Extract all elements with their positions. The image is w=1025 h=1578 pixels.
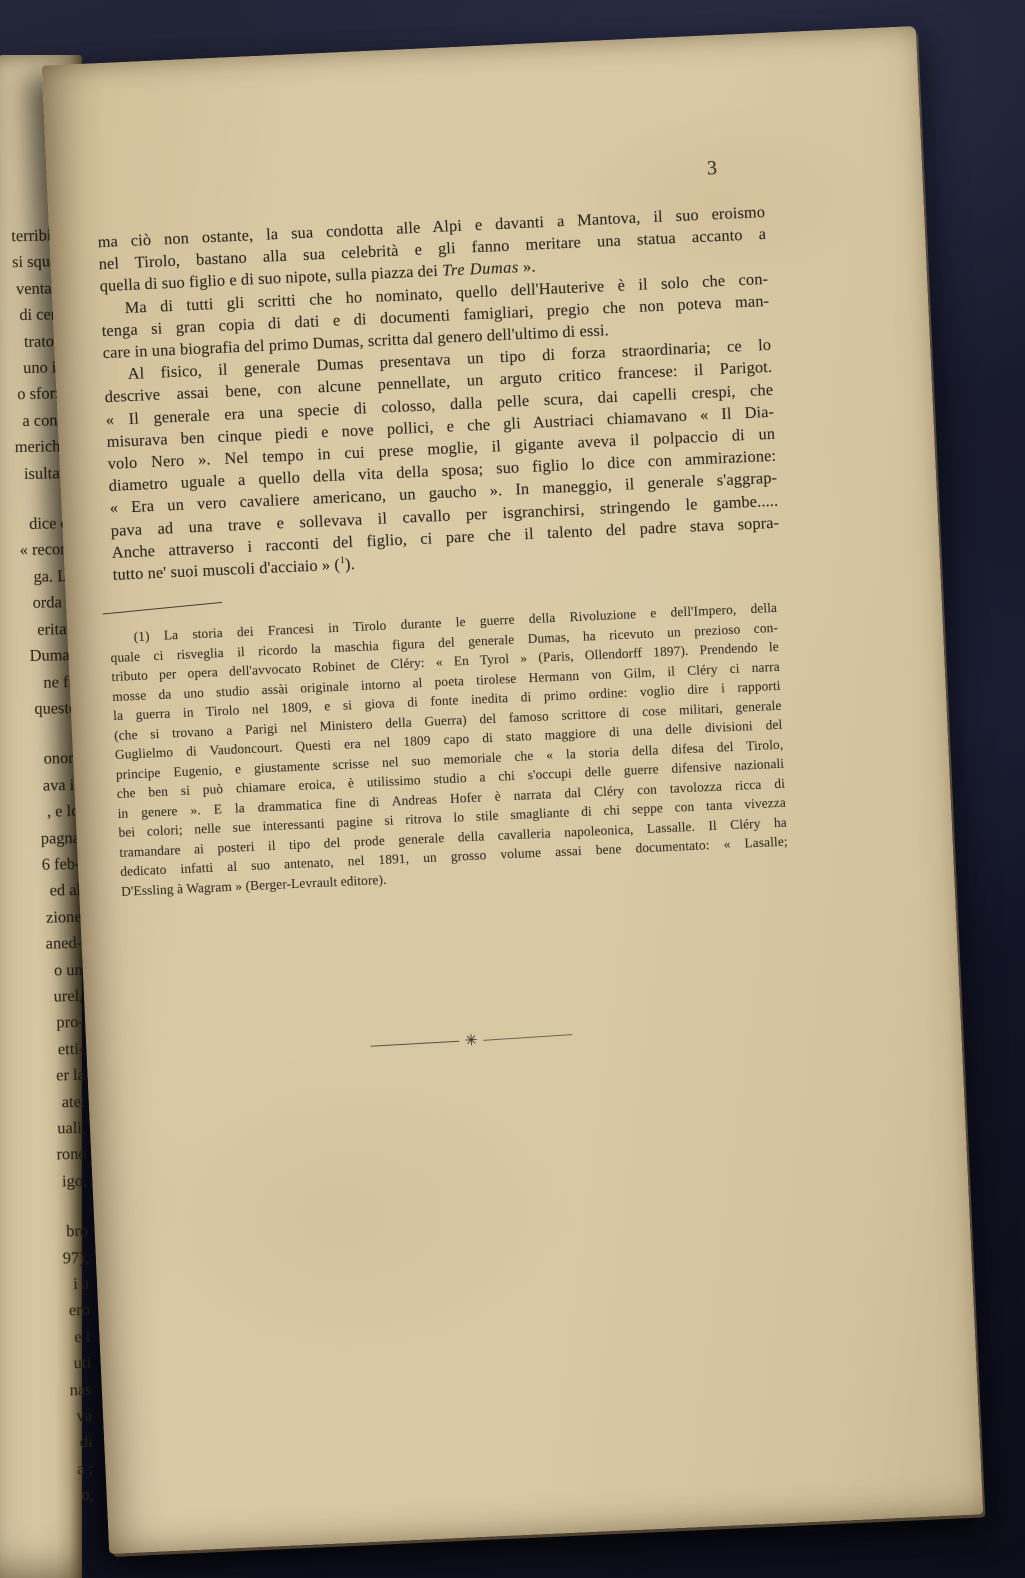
text-line: a ; bbox=[0, 1456, 93, 1485]
text-line: o, bbox=[0, 1482, 94, 1511]
text-line: uali, bbox=[0, 1115, 86, 1144]
book-page: 3 ma ciò non ostante, la sua condotta al… bbox=[42, 26, 984, 1554]
text-line: pagna bbox=[0, 824, 80, 853]
text-line: er la bbox=[0, 1062, 85, 1091]
text-line: bro bbox=[0, 1218, 88, 1247]
text-line: urel, bbox=[0, 983, 83, 1012]
text-line: di bbox=[0, 1429, 93, 1458]
body-text: ma ciò non ostante, la sua condotta alle… bbox=[97, 201, 780, 586]
text-line: ava il bbox=[0, 772, 79, 801]
text-line: orda il bbox=[0, 589, 75, 618]
footnote-separator bbox=[103, 602, 223, 615]
text-line: zione bbox=[0, 904, 82, 933]
text-line: aned- bbox=[0, 930, 82, 959]
text-line: i a bbox=[0, 1271, 90, 1300]
text-line: rono bbox=[0, 1141, 87, 1170]
divider-line-left bbox=[370, 1041, 459, 1047]
text-line: etti- bbox=[0, 1036, 85, 1065]
text-line: , e lo bbox=[0, 798, 80, 827]
text-line: pro- bbox=[0, 1009, 84, 1038]
text-line: uti bbox=[0, 1350, 91, 1379]
text-line: va bbox=[0, 1403, 92, 1432]
text-line: Dumas bbox=[0, 642, 76, 671]
asterisk-ornament: ✳ bbox=[465, 1033, 478, 1049]
footnote-text: (1) La storia dei Francesi in Tirolo dur… bbox=[109, 598, 789, 901]
text-line: o un bbox=[0, 956, 83, 985]
text-line: eritati bbox=[0, 616, 76, 645]
section-divider: ✳ bbox=[370, 1027, 573, 1053]
text-line: ero bbox=[0, 1297, 90, 1326]
text-line: ed al bbox=[0, 877, 81, 906]
text-line: igo, bbox=[0, 1168, 87, 1197]
text-line: e i bbox=[0, 1324, 91, 1353]
page-number: 3 bbox=[707, 157, 719, 180]
text-line: ate: bbox=[0, 1088, 86, 1117]
text-line: 6 feb- bbox=[0, 851, 81, 880]
text-line: 97), bbox=[0, 1244, 89, 1273]
text-line: questo bbox=[0, 695, 77, 724]
divider-line-right bbox=[484, 1034, 573, 1041]
text-line: onori bbox=[0, 745, 79, 774]
text-line: ne fu bbox=[0, 668, 77, 697]
text-line: nas bbox=[0, 1376, 92, 1405]
